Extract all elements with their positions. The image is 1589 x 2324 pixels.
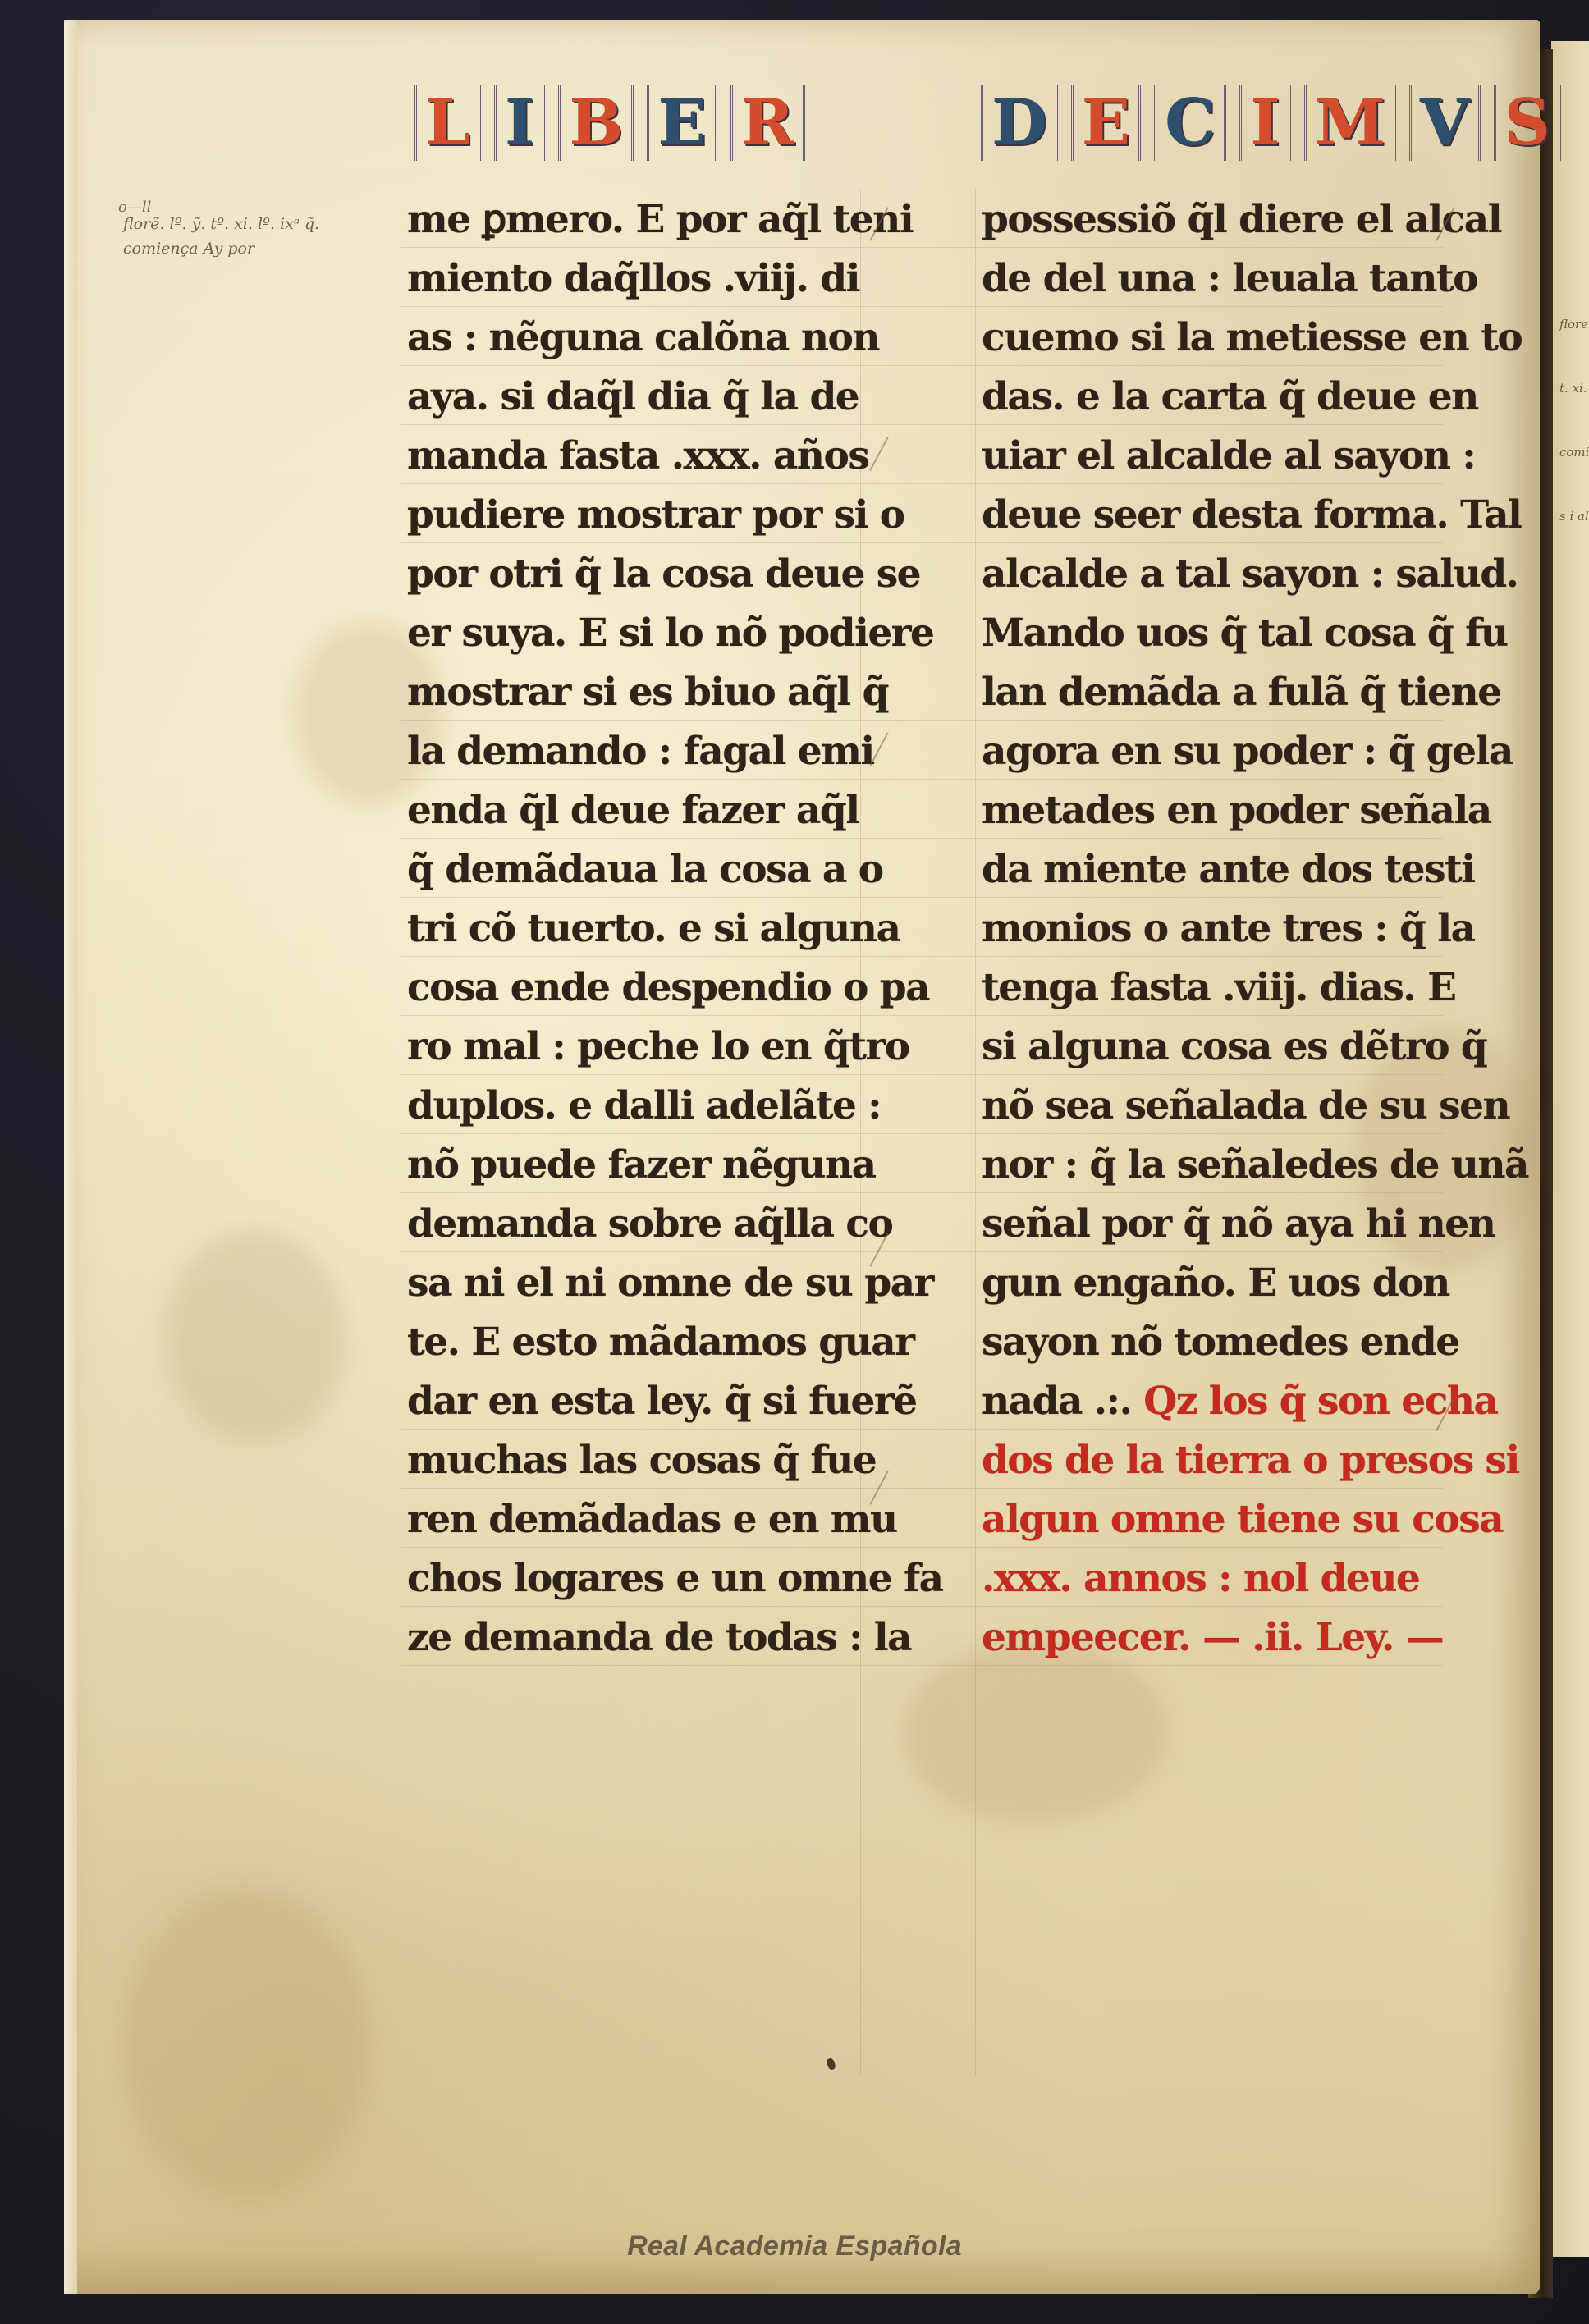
text-line: agora en su poder : q̃ gela [982, 722, 1491, 781]
line-text: si alguna cosa es dẽtro q̃ [982, 1024, 1486, 1069]
text-line: sa ni el ni omne de su par [407, 1254, 916, 1313]
text-line: sayon nõ tomedes ende [982, 1313, 1491, 1372]
text-line: nõ sea señalada de su sen [982, 1077, 1491, 1136]
line-text: tenga fasta .viij. dias. E [982, 965, 1455, 1010]
text-line: pudiere mostrar por si o [407, 486, 916, 545]
text-line: aya. si daq̃l dia q̃ la de [407, 368, 916, 427]
text-line: ro mal : peche lo en q̃tro [407, 1018, 916, 1077]
header-initial: B [558, 85, 634, 161]
text-line: deue seer desta forma. Tal [982, 486, 1491, 545]
running-header-left-word: L I B E R [414, 85, 805, 161]
text-line: Mando uos q̃ tal cosa q̃ fu [982, 604, 1491, 663]
rubric-line: .xxx. annos : nol deue [982, 1549, 1491, 1608]
text-line: tri cõ tuerto. e si alguna [407, 899, 916, 958]
parchment-stain [123, 1887, 369, 2199]
annotation-mark: o—ll [118, 195, 151, 220]
text-column-left: me ꝑmero. E por aq̃l teni miento daq̃llo… [407, 190, 916, 1668]
text-line: alcalde a tal sayon : salud. [982, 545, 1491, 604]
adjacent-note-line: t. xi. l [1559, 377, 1589, 399]
line-text: Mando uos q̃ tal cosa q̃ fu [982, 611, 1508, 656]
text-line: uiar el alcalde al sayon : [982, 427, 1491, 486]
text-line: de del una : leuala tanto [982, 249, 1491, 309]
line-text: cuemo si la metiesse en to [982, 315, 1522, 360]
text-line: nor : q̃ la señaledes de unã [982, 1136, 1491, 1195]
rubric-heading: algun omne tiene su cosa [982, 1497, 1503, 1542]
text-line: ze demanda de todas : la [407, 1608, 916, 1668]
line-text: metades en poder señala [982, 788, 1491, 833]
text-line: q̃ demãdaua la cosa a o [407, 840, 916, 899]
text-line: gun engaño. E uos don [982, 1254, 1491, 1313]
text-line: monios o ante tres : q̃ la [982, 899, 1491, 958]
rubric-line: dos de la tierra o presos si [982, 1431, 1491, 1490]
text-line: si alguna cosa es dẽtro q̃ [982, 1018, 1491, 1077]
header-initial: D [981, 85, 1058, 161]
text-line: la demando : fagal emi [407, 722, 916, 781]
rubric-line: empeecer. — .ii. Ley. — [982, 1608, 1491, 1668]
rubric-line: algun omne tiene su cosa [982, 1490, 1491, 1549]
header-initial: L [414, 85, 481, 161]
annotation-line: comiença Ay por [123, 236, 369, 261]
adjacent-note-line: s i alg [1559, 506, 1589, 527]
annotation-line: florẽ. lº. ỹ. tº. xi. lº. ixᵃ q̃. [123, 212, 369, 236]
rubric-heading: .xxx. annos : nol deue [982, 1556, 1419, 1601]
text-line: duplos. e dalli adelãte : [407, 1077, 916, 1136]
line-text: lan demãda a fulã q̃ tiene [982, 670, 1501, 715]
text-line: ren demãdadas e en mu [407, 1490, 916, 1549]
text-line: er suya. E si lo nõ podiere [407, 604, 916, 663]
header-initial: C [1154, 85, 1226, 161]
line-text: de del una : leuala tanto [982, 256, 1477, 301]
header-initial: E [1071, 85, 1141, 161]
adjacent-page-margin-note: flore. l t. xi. l comi s i alg [1559, 271, 1589, 548]
line-text: deue seer desta forma. Tal [982, 492, 1521, 538]
text-line: te. E esto mãdamos guar [407, 1313, 916, 1372]
text-line-with-rubric: nada .:. Qz los q̃ son echa [982, 1372, 1491, 1431]
text-line: me ꝑmero. E por aq̃l teni [407, 190, 916, 249]
line-text: señal por q̃ nõ aya hi nen [982, 1201, 1495, 1247]
text-line: dar en esta ley. q̃ si fuerẽ [407, 1372, 916, 1431]
folio-edge [64, 20, 77, 2294]
repository-credit: Real Academia Española [598, 2230, 991, 2262]
text-line: cosa ende despendio o pa [407, 958, 916, 1018]
line-text: sayon nõ tomedes ende [982, 1320, 1459, 1365]
text-line: cuemo si la metiesse en to [982, 309, 1491, 368]
text-line: enda q̃l deue fazer aq̃l [407, 781, 916, 840]
header-initial: I [1239, 85, 1291, 161]
adjacent-note-line: comi [1559, 441, 1589, 463]
line-text: agora en su poder : q̃ gela [982, 729, 1513, 774]
column-rule [975, 189, 976, 2076]
rubric-heading: empeecer. — .ii. Ley. — [982, 1615, 1443, 1660]
line-text: uiar el alcalde al sayon : [982, 433, 1475, 478]
text-line: possessiõ q̃l diere el alcal [982, 190, 1491, 249]
header-initial: R [730, 85, 805, 161]
text-line: tenga fasta .viij. dias. E [982, 958, 1491, 1018]
running-header-right-word: D E C I M V S [981, 85, 1561, 161]
header-initial: S [1494, 85, 1561, 161]
running-header: L I B E R D E C I M V S [414, 85, 1465, 167]
text-line: lan demãda a fulã q̃ tiene [982, 663, 1491, 722]
rubric-heading: dos de la tierra o presos si [982, 1438, 1519, 1483]
text-line: muchas las cosas q̃ fue [407, 1431, 916, 1490]
header-initial: I [494, 85, 546, 161]
text-line: demanda sobre aq̃lla co [407, 1195, 916, 1254]
parchment-stain [164, 1231, 345, 1444]
line-text: gun engaño. E uos don [982, 1260, 1449, 1306]
header-initial: V [1409, 85, 1481, 161]
line-text: da miente ante dos testi [982, 847, 1475, 892]
text-line: manda fasta .xxx. años [407, 427, 916, 486]
line-text: monios o ante tres : q̃ la [982, 906, 1475, 951]
text-line: señal por q̃ nõ aya hi nen [982, 1195, 1491, 1254]
text-line: por otri q̃ la cosa deue se [407, 545, 916, 604]
text-line: mostrar si es biuo aq̃l q̃ [407, 663, 916, 722]
line-text: das. e la carta q̃ deue en [982, 374, 1478, 419]
margin-annotation: o—ll florẽ. lº. ỹ. tº. xi. lº. ixᵃ q̃. c… [123, 212, 369, 261]
text-line: da miente ante dos testi [982, 840, 1491, 899]
text-line: nõ puede fazer nẽguna [407, 1136, 916, 1195]
adjacent-note-line: flore. l [1559, 313, 1589, 335]
text-column-right: possessiõ q̃l diere el alcal de del una … [982, 190, 1491, 1668]
line-text: nõ sea señalada de su sen [982, 1083, 1509, 1128]
header-initial: E [647, 85, 717, 161]
header-initial: M [1304, 85, 1396, 161]
line-text: nada .:. [982, 1379, 1143, 1424]
text-line: metades en poder señala [982, 781, 1491, 840]
text-line: as : nẽguna calõna non [407, 309, 916, 368]
line-text: alcalde a tal sayon : salud. [982, 551, 1518, 597]
text-line: chos logares e un omne fa [407, 1549, 916, 1608]
text-line: miento daq̃llos .viij. di [407, 249, 916, 309]
column-rule [401, 189, 401, 2076]
line-text: possessiõ q̃l diere el alcal [982, 197, 1501, 242]
text-line: das. e la carta q̃ deue en [982, 368, 1491, 427]
line-text: nor : q̃ la señaledes de unã [982, 1142, 1528, 1187]
